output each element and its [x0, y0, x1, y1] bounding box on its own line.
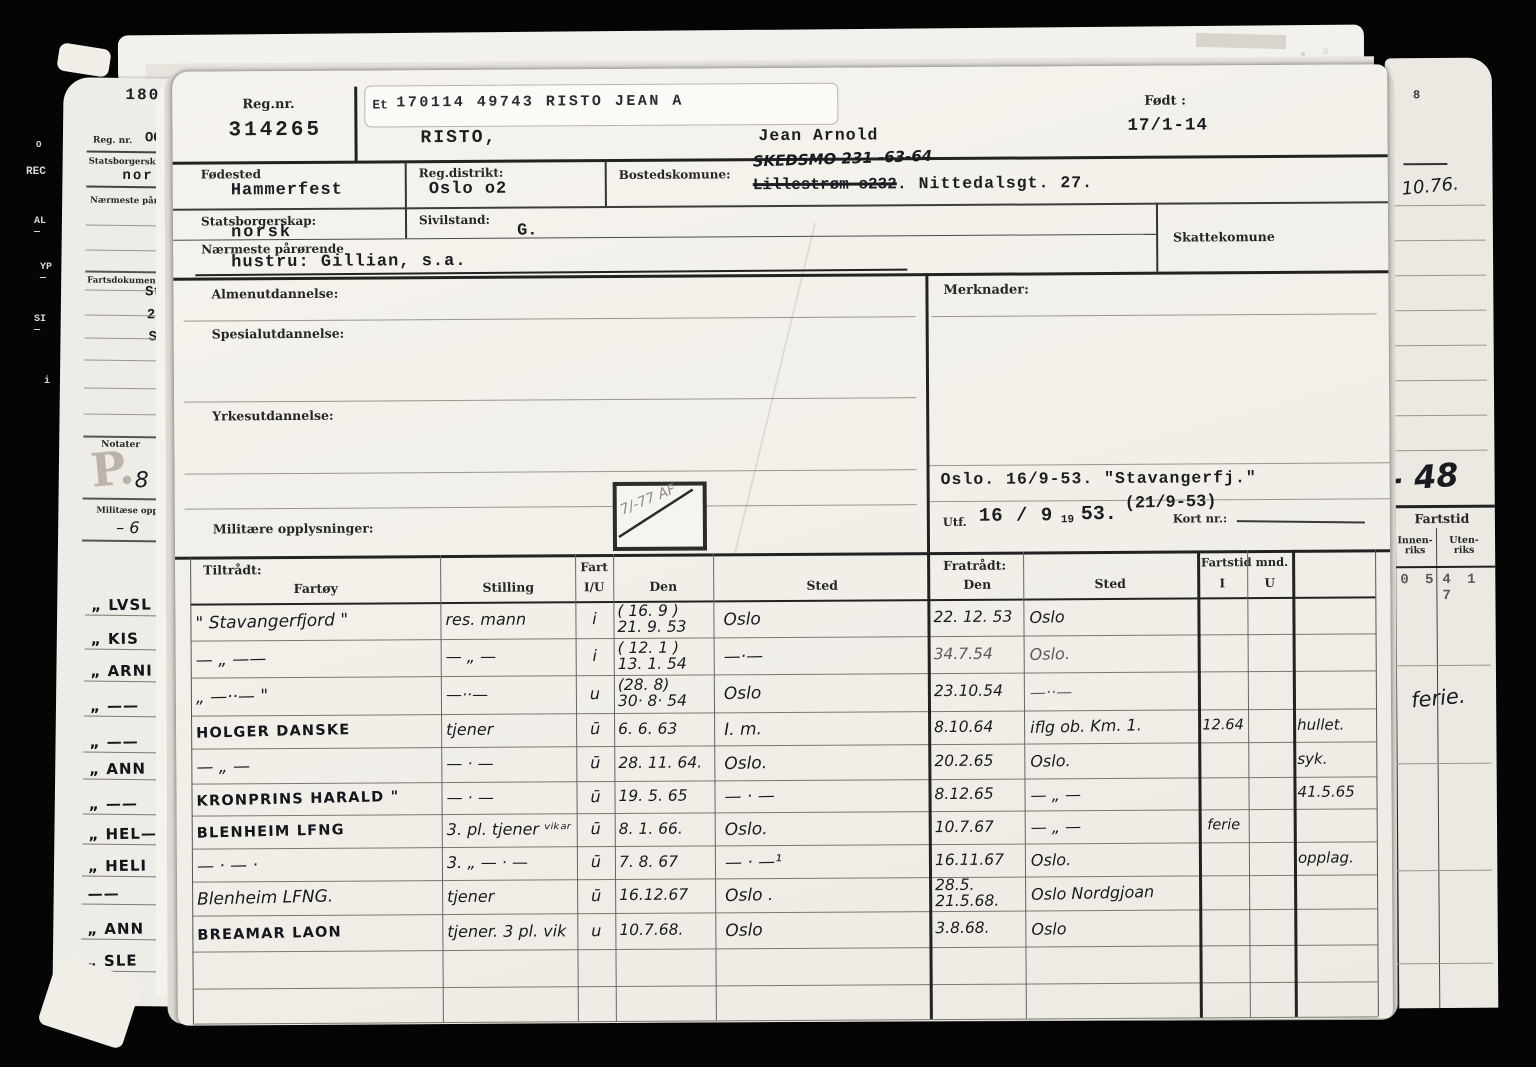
left-edge-mark: SI— [34, 314, 46, 336]
table-cell-fra_den [935, 947, 1023, 985]
table-cell-tid_i: ferie [1201, 809, 1247, 842]
table-cell-fart: u [578, 913, 614, 949]
table-cell-fra_sted: Oslo. [1031, 841, 1198, 878]
table-cell-stilling: — · — [446, 746, 572, 782]
table-cell-tid_u [1250, 634, 1291, 671]
table-cell-tid_i [1200, 777, 1246, 809]
table-cell-fra_sted: — „ — [1030, 808, 1197, 845]
table-cell-sted: Oslo . [725, 875, 926, 914]
table-cell-tid_i [1201, 875, 1247, 909]
table-cell-tid_u [1249, 597, 1290, 634]
table-cell-tid_u [1250, 777, 1291, 809]
right-background-card: 8 10.76. - 48 Fartstid Innen- riks Uten-… [1385, 58, 1499, 1009]
table-cell-fra_den: 34.7.54 [934, 636, 1022, 674]
table-cell-fra_sted [1031, 981, 1198, 1020]
table-cell-note: hullet. [1297, 708, 1375, 741]
right-digits-right: 4 1 7 [1442, 572, 1495, 604]
right-col-innenriks: Innen- riks [1394, 530, 1436, 562]
table-cell-note [1298, 908, 1376, 944]
table-cell-sted [725, 945, 926, 987]
table-cell-sted [725, 982, 926, 1022]
table-cell-tid_i [1201, 909, 1247, 945]
right-fartstid-label: Fartstid [1394, 510, 1490, 529]
table-cell-den: 28. 11. 64. [618, 745, 712, 781]
table-cell-sted: Oslo [725, 909, 926, 950]
table-cell-den: 10.7.68. [619, 912, 713, 949]
table-cell-den: ( 16. 9 ) 21. 9. 53 [617, 600, 711, 638]
table-cell-den: 8. 1. 66. [619, 812, 713, 846]
table-cell-tid_u [1251, 909, 1292, 945]
table-cell-note [1298, 874, 1376, 908]
table-cell-fra_den: 16.11.67 [935, 844, 1023, 878]
table-cell-fart: ū [578, 879, 614, 913]
table-cell-sted: I. m. [724, 709, 925, 747]
table-cell-fartoy [197, 985, 440, 1026]
table-cell-stilling [447, 949, 573, 987]
right-col-utenriks: Uten- riks [1440, 530, 1488, 562]
table-cell-tid_i [1200, 742, 1246, 777]
table-cell-tid_u [1251, 842, 1292, 875]
table-cell-tid_u [1250, 709, 1291, 742]
table-cell-stilling: —··— [446, 675, 572, 714]
table-cell-fart: u [577, 675, 613, 713]
table-cell-fra_den: 10.7.67 [935, 811, 1023, 845]
table-cell-tid_i [1202, 982, 1248, 1017]
table-cell-den: 7. 8. 67 [619, 845, 713, 879]
left-list-item: „ ANN [87, 920, 144, 939]
scanned-register-card-page: a ORECAL—YP—SI—i 180 Reg. nr. OC Statsbo… [0, 0, 1536, 1067]
left-list-item: —— [88, 885, 120, 903]
left-list-item: „ HELI [88, 857, 147, 876]
table-cell-stilling: 3. pl. tjener ᵛⁱᵏᵃʳ [447, 813, 573, 847]
table-cell-stilling [448, 986, 574, 1022]
table-cell-fartoy [197, 948, 440, 991]
left-list-item: „ —— [89, 795, 138, 814]
table-cell-fart: ū [577, 713, 613, 746]
table-cell-sted: — · —¹ [725, 842, 926, 880]
table-cell-fart: ū [578, 846, 614, 879]
table-cell-fra_den: 8.12.65 [934, 779, 1022, 812]
table-cell-note [1298, 944, 1376, 981]
table-cell-note: syk. [1297, 741, 1375, 776]
table-cell-fart [578, 949, 614, 986]
right-hand-date: 10.76. [1401, 173, 1460, 199]
table-cell-fart: ū [577, 781, 613, 813]
left-edge-mark: YP— [40, 262, 52, 284]
table-cell-fartoy: — „ — [196, 745, 439, 786]
top-edge-mark: a [1322, 46, 1329, 58]
table-cell-fra_den: 23.10.54 [934, 673, 1022, 712]
table-cell-fra_den: 28.5. 21.5.68. [935, 877, 1023, 912]
table-cell-fart: i [576, 601, 612, 638]
left-regnr-label: Reg. nr. [93, 136, 132, 146]
table-cell-stilling: 3. „ — · — [447, 846, 573, 880]
left-list-item: „ KIS [91, 630, 139, 649]
left-stats-value: nor [122, 168, 153, 184]
table-cell-fra_sted: Oslo. [1029, 633, 1196, 674]
table-cell-tid_i [1200, 671, 1246, 709]
table-cell-fra_sted [1031, 944, 1198, 985]
left-list-item: „ —— [90, 697, 139, 716]
table-cell-tid_u [1252, 982, 1293, 1017]
left-parorende-label: Nærmeste pår [90, 196, 158, 207]
table-cell-note: opplag. [1298, 841, 1376, 874]
left-list-item: „ LVSL [91, 596, 152, 615]
left-stats-label: Statsborgerska [89, 157, 162, 168]
top-paper-scrap-2 [1196, 33, 1286, 49]
table-cell-fart: ū [578, 813, 614, 846]
table-cell-tid_u [1250, 671, 1291, 709]
left-list-item: „ ANN [89, 760, 146, 779]
table-cell-den: (28. 8) 30· 8· 54 [618, 674, 712, 713]
table-cell-tid_u [1251, 945, 1292, 982]
table-cell-stilling: tjener [447, 879, 573, 914]
left-militare-label: Militæse oppl [96, 506, 161, 517]
right-edge-dots [1385, 58, 1492, 59]
table-cell-stilling: res. mann [445, 601, 571, 639]
main-register-card: Reg.nr. 314265 Et 170114 49743 RISTO JEA… [172, 64, 1393, 1025]
table-cell-note [1297, 633, 1375, 670]
table-cell-tid_i: 12.64 [1200, 709, 1246, 742]
left-edge-mark: REC [26, 166, 46, 178]
table-cell-fartoy: — „ —— [195, 637, 438, 680]
right-card-number: 8 [1413, 88, 1420, 102]
table-cell-fart: i [577, 638, 613, 675]
table-cell-fra_den: 8.10.64 [934, 711, 1022, 745]
table-cell-fra_sted: Oslo [1031, 908, 1198, 948]
table-cell-note [1299, 981, 1377, 1016]
table-cell-den [620, 985, 714, 1021]
table-cell-fart: ū [577, 746, 613, 781]
table-cell-den: 16.12.67 [619, 878, 713, 913]
table-cell-sted: — · — [724, 777, 925, 814]
table-cell-fra_den: 22. 12. 53 [933, 599, 1021, 637]
table-cell-stilling: — · — [446, 781, 572, 814]
table-cell-fra_sted: Oslo. [1030, 741, 1197, 780]
table-cell-fra_den [936, 984, 1024, 1020]
table-cell-fra_den: 20.2.65 [934, 744, 1022, 780]
left-notater-big-p: P. [88, 440, 136, 498]
table-cell-fra_sted: Oslo [1029, 596, 1196, 637]
left-list-item: „ ARNI [90, 662, 153, 681]
service-table: " Stavangerfjord "res. manni( 16. 9 ) 21… [172, 64, 1393, 1025]
table-cell-fra_den: 3.8.68. [935, 911, 1023, 948]
left-list-item: „ —— [89, 733, 138, 752]
table-cell-den [619, 948, 713, 986]
table-cell-den: 19. 5. 65 [618, 780, 712, 813]
table-cell-tid_u [1251, 875, 1292, 909]
top-edge-dot [1301, 52, 1305, 56]
table-cell-fartoy: BREAMAR LAON [197, 912, 440, 954]
table-cell-sted: Oslo [723, 671, 924, 714]
table-cell-stilling: tjener [446, 713, 572, 747]
table-cell-fart [579, 986, 615, 1021]
table-cell-note [1298, 808, 1376, 841]
table-cell-fra_sted: Oslo Nordgjoan [1031, 874, 1198, 912]
table-cell-fra_sted: —··— [1029, 670, 1196, 712]
left-militare-hand: – 6 [116, 518, 139, 537]
table-cell-tid_i [1200, 634, 1246, 671]
left-edge-mark: i [44, 376, 50, 387]
table-cell-sted: Oslo [723, 597, 924, 639]
table-cell-tid_i [1201, 945, 1247, 982]
table-cell-tid_u [1250, 742, 1291, 777]
right-hand-ferie: ferie. [1410, 684, 1466, 713]
table-cell-fartoy: Blenheim LFNG. [197, 878, 440, 918]
table-cell-stilling: — „ — [446, 638, 572, 676]
left-list-item: „ HEL— [88, 824, 157, 843]
table-cell-den: 6. 6. 63 [618, 712, 712, 746]
table-cell-fra_sted: iflg ob. Km. 1. [1030, 708, 1197, 745]
table-cell-sted: Oslo. [724, 809, 925, 847]
table-cell-stilling: tjener. 3 pl. vik [447, 913, 573, 950]
right-digits-left: 0 5 [1400, 572, 1437, 588]
table-cell-note [1297, 670, 1375, 708]
table-cell-fra_sted: — „ — [1030, 776, 1197, 812]
table-cell-tid_i [1201, 842, 1247, 875]
top-paper-scrap [56, 42, 112, 78]
table-cell-fartoy: „ —··— " [195, 674, 438, 718]
left-edge-mark: AL— [34, 216, 46, 238]
table-cell-fartoy: " Stavangerfjord " [195, 600, 438, 643]
table-cell-note: 41.5.65 [1297, 776, 1375, 808]
table-cell-sted: Oslo. [724, 742, 925, 782]
table-cell-den: ( 12. 1 ) 13. 1. 54 [618, 637, 712, 675]
table-cell-note [1296, 596, 1374, 633]
right-hand-48: - 48 [1388, 456, 1460, 499]
left-edge-mark: O [36, 140, 41, 150]
table-cell-tid_u [1251, 809, 1292, 842]
table-cell-tid_i [1199, 597, 1245, 634]
table-cell-sted: —·— [723, 634, 924, 676]
